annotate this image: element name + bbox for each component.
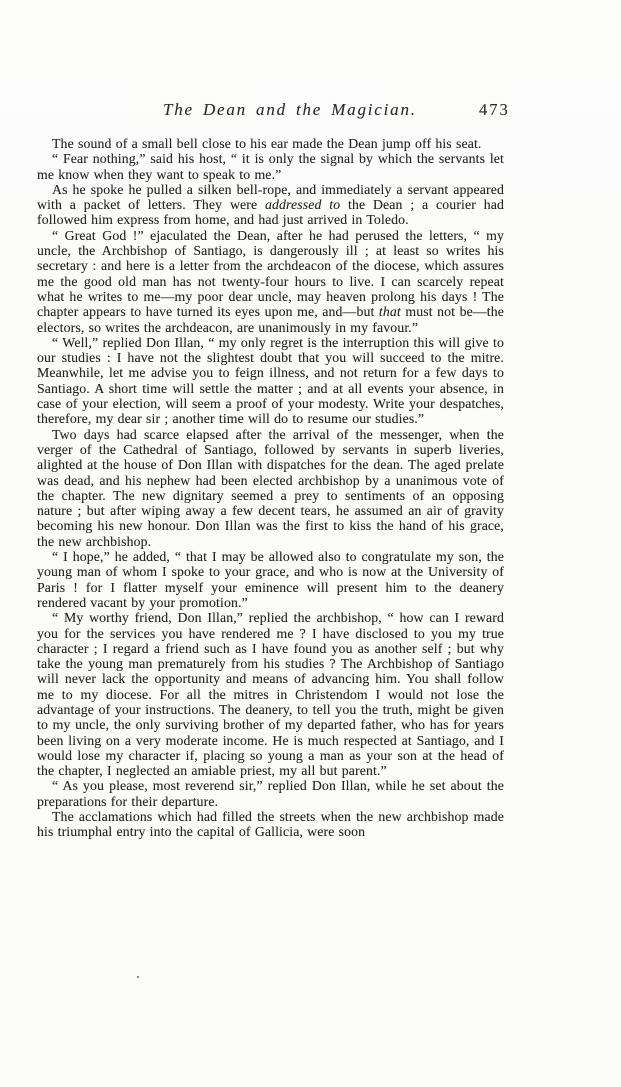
paragraph: “ I hope,” he added, “ that I may be all… [37,549,504,610]
text-run-italic: that [379,304,401,319]
ink-speck [137,976,139,978]
text-run: “ Well,” replied Don Illan, “ my only re… [37,335,504,426]
paragraph: The sound of a small bell close to his e… [37,136,504,151]
text-run: “ As you please, most reverend sir,” rep… [37,778,504,808]
text-run: “ Fear nothing,” said his host, “ it is … [37,151,504,181]
text-run: “ I hope,” he added, “ that I may be all… [37,549,504,610]
text-run-italic: addressed to [265,197,340,212]
paragraph: “ As you please, most reverend sir,” rep… [37,778,504,809]
paragraph: “ Well,” replied Don Illan, “ my only re… [37,335,504,427]
running-title: The Dean and the Magician. [163,100,417,120]
text-run: “ My worthy friend, Don Illan,” replied … [37,610,504,778]
text-run: Two days had scarce elapsed after the ar… [37,427,504,549]
paragraph: “ Great God !” ejaculated the Dean, afte… [37,228,504,335]
page-number: 473 [479,100,510,120]
text-run: The sound of a small bell close to his e… [52,136,481,151]
book-page: The Dean and the Magician. 473 The sound… [0,0,621,1087]
body-text: The sound of a small bell close to his e… [37,136,504,840]
paragraph: The acclamations which had filled the st… [37,809,504,840]
paragraph: As he spoke he pulled a silken bell-rope… [37,182,504,228]
paragraph: “ My worthy friend, Don Illan,” replied … [37,610,504,778]
paragraph: Two days had scarce elapsed after the ar… [37,427,504,549]
text-run: The acclamations which had filled the st… [37,809,504,839]
paragraph: “ Fear nothing,” said his host, “ it is … [37,151,504,182]
